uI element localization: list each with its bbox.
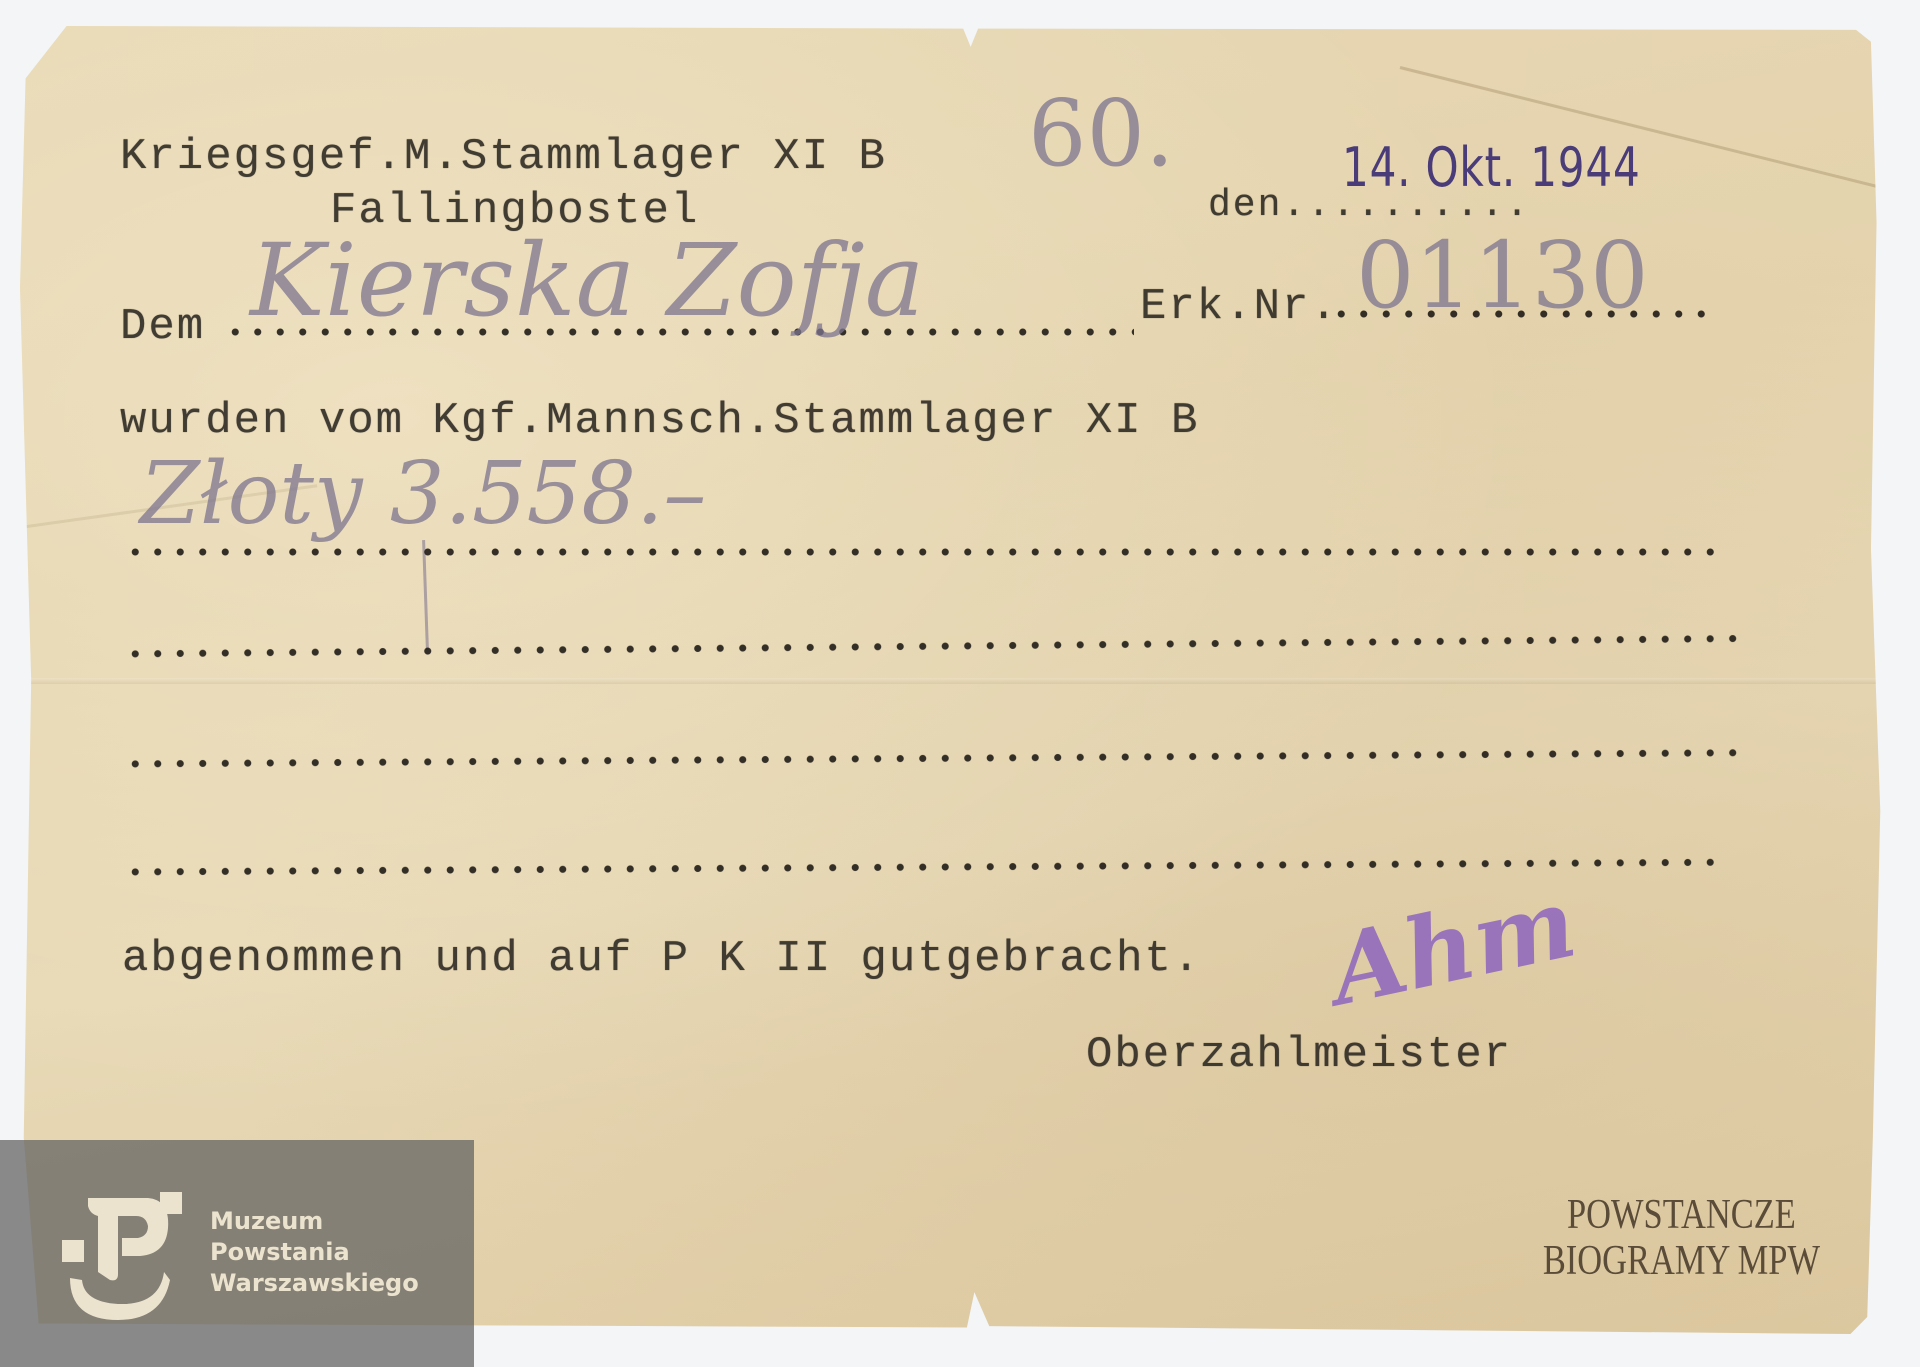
scanned-document-image: Kriegsgef.M.Stammlager XI B Fallingboste… xyxy=(0,0,1920,1367)
handwritten-number-top: 60. xyxy=(1028,80,1174,187)
biogram-line: POWSTANCZE xyxy=(1543,1192,1820,1238)
body-text-from-camp: wurden vom Kgf.Mannsch.Stammlager XI B xyxy=(120,396,1199,446)
handwritten-recipient-name: Kierska Zofja xyxy=(250,222,924,339)
header-camp-name: Kriegsgef.M.Stammlager XI B xyxy=(120,132,887,182)
handwritten-amount: Złoty 3.558.– xyxy=(140,444,706,544)
museum-name-line: Warszawskiego xyxy=(210,1268,419,1299)
museum-logo-watermark: Muzeum Powstania Warszawskiego xyxy=(0,1140,474,1367)
prisoner-number-label: Erk.Nr. xyxy=(1140,282,1339,332)
kotwica-anchor-icon xyxy=(62,1192,192,1322)
signature-title: Oberzahlmeister xyxy=(1086,1030,1512,1080)
biogram-line: BIOGRAMY MPW xyxy=(1543,1238,1820,1284)
recipient-label: Dem xyxy=(120,302,205,352)
biogram-watermark: POWSTANCZE BIOGRAMY MPW xyxy=(1543,1192,1820,1284)
dotted-fill-line xyxy=(124,548,1714,556)
paper-crease xyxy=(20,678,1884,684)
handwritten-prisoner-number: 01130 xyxy=(1356,222,1649,329)
museum-name: Muzeum Powstania Warszawskiego xyxy=(210,1206,419,1299)
museum-name-line: Powstania xyxy=(210,1237,419,1268)
date-stamp: 14. Okt. 1944 xyxy=(1342,136,1641,199)
closing-text: abgenommen und auf P K II gutgebracht. xyxy=(122,934,1201,984)
museum-name-line: Muzeum xyxy=(210,1206,419,1237)
